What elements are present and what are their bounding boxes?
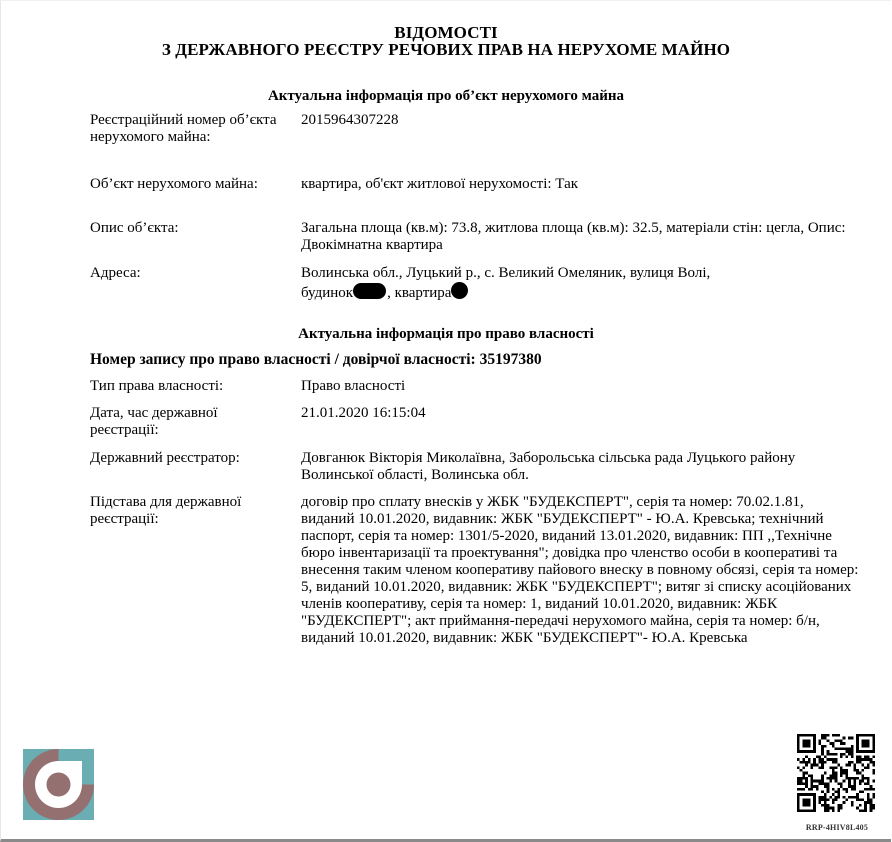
document-page: ВІДОМОСТІ З ДЕРЖАВНОГО РЕЄСТРУ РЕЧОВИХ П… [0, 0, 891, 842]
object-description-label: Опис об’єкта: [90, 220, 290, 237]
qr-code-text: RRP-4HIV8L405 [797, 823, 877, 832]
house-prefix: будинок [301, 285, 353, 301]
address-value: Волинська обл., Луцький р., с. Великий О… [301, 265, 861, 302]
registration-basis-label: Підстава для державної реєстрації: [90, 494, 290, 528]
state-registrar-label: Державний реєстратор: [90, 450, 290, 467]
registration-basis-value: договір про сплату внесків у ЖБК "БУДЕКС… [301, 494, 861, 647]
ownership-section-heading: Актуальна інформація про право власності [1, 325, 891, 343]
address-line-1: Волинська обл., Луцький р., с. Великий О… [301, 265, 861, 282]
house-number-redaction [353, 283, 386, 299]
object-description-value: Загальна площа (кв.м): 73.8, житлова пло… [301, 220, 861, 254]
qr-code-icon [797, 734, 875, 812]
apartment-number-redaction [451, 282, 468, 299]
registry-logo-icon [23, 749, 94, 820]
document-subtitle: З ДЕРЖАВНОГО РЕЄСТРУ РЕЧОВИХ ПРАВ НА НЕР… [1, 41, 891, 59]
state-registrar-value: Довганюк Вікторія Миколаївна, Заборольсь… [301, 450, 861, 484]
ownership-record-number: Номер запису про право власності / довір… [90, 351, 542, 369]
address-label: Адреса: [90, 265, 290, 282]
registration-datetime-label: Дата, час державної реєстрації: [90, 405, 290, 439]
ownership-type-label: Тип права власності: [90, 378, 290, 395]
apartment-prefix: , квартира [387, 285, 451, 301]
ownership-type-value: Право власності [301, 378, 861, 395]
property-object-value: квартира, об'єкт житлової нерухомості: Т… [301, 176, 861, 193]
address-line-2: будинок, квартира [301, 282, 861, 302]
registration-datetime-value: 21.01.2020 16:15:04 [301, 405, 861, 422]
registration-number-value: 2015964307228 [301, 112, 861, 129]
registration-number-label: Реєстраційний номер об’єкта нерухомого м… [90, 112, 290, 146]
object-section-heading: Актуальна інформація про об’єкт нерухомо… [1, 87, 891, 105]
qr-code-block: RRP-4HIV8L405 [797, 734, 877, 832]
property-object-label: Об’єкт нерухомого майна: [90, 176, 290, 193]
